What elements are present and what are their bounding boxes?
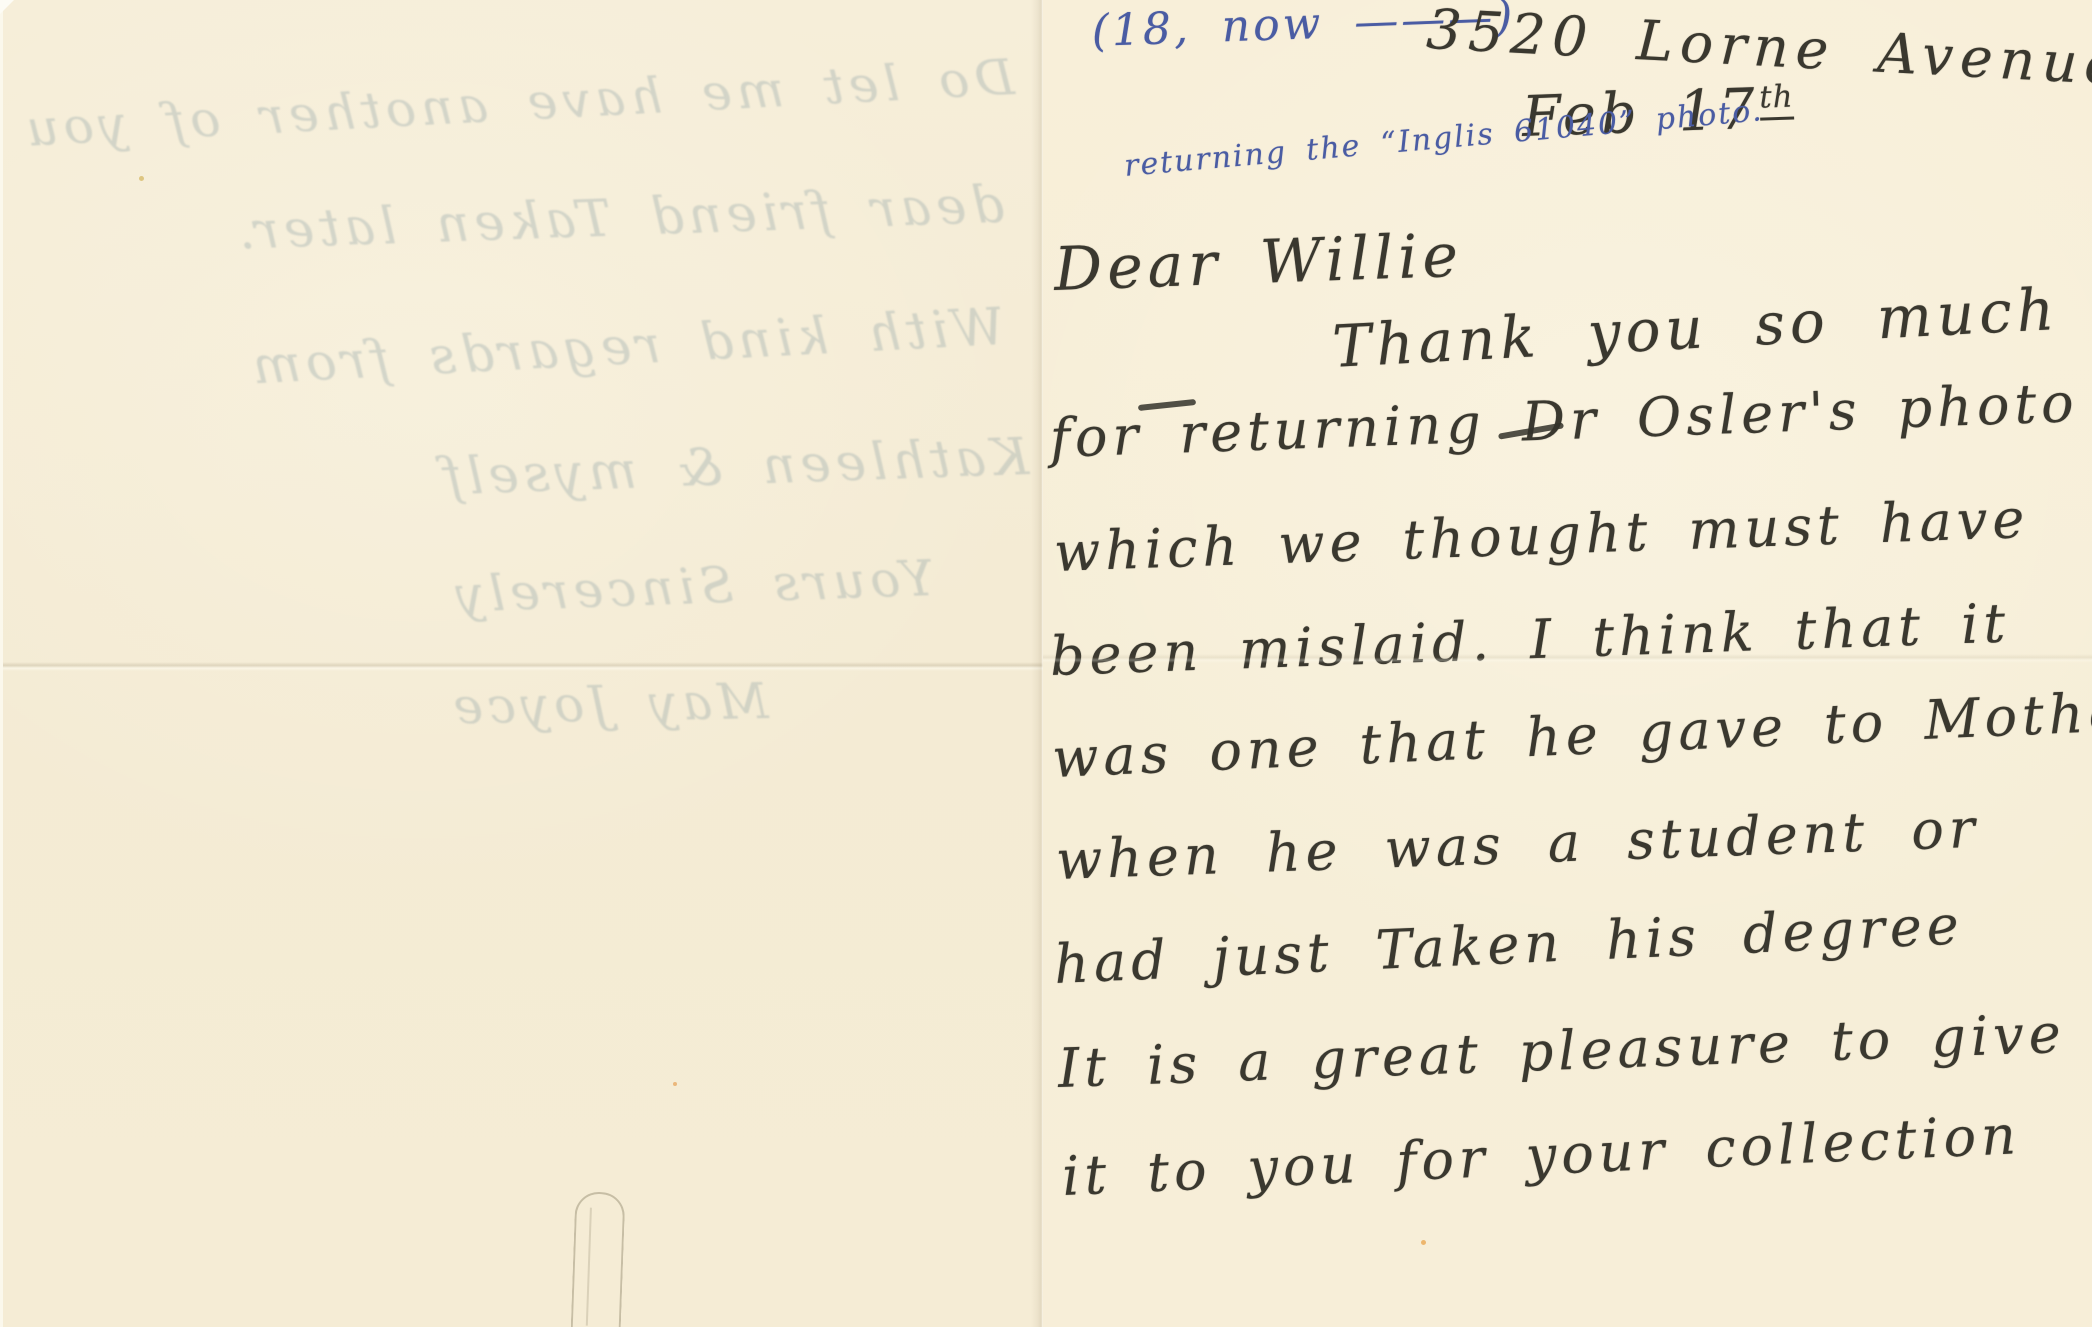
body-line: was one that he gave to Mother <box>1051 684 2092 786</box>
body-line: it to you for your collection <box>1061 1108 2022 1204</box>
paperclip-impression <box>571 1191 626 1327</box>
paper-speck <box>139 176 144 181</box>
body-line: been mislaid. I think that it <box>1049 596 2011 683</box>
corner-notch <box>0 0 14 14</box>
body-line: had just Taken his degree <box>1053 898 1965 992</box>
fold-crease-horizontal <box>0 662 1043 671</box>
bleedthrough-line: Yours Sincerely <box>450 553 935 620</box>
bleedthrough-line: dear friend Taken later. <box>233 180 1005 258</box>
letter-right-page: (18, now ———) 3520 Lorne Avenue Feb 17th… <box>1043 0 2092 1327</box>
letter-scan: Do let me have another of you dear frien… <box>0 0 2092 1327</box>
body-line: Thank you so much <box>1331 280 2060 376</box>
scan-edge <box>0 0 3 1327</box>
body-line: when he was a student or <box>1055 802 1980 888</box>
salutation: Dear Willie <box>1053 226 1464 300</box>
body-line: It is a great pleasure to give <box>1057 1007 2066 1096</box>
fold-crease-horizontal <box>1043 654 2092 663</box>
bleedthrough-line: Kathleen & myself <box>437 432 1029 504</box>
bleedthrough-line: May Joyce <box>448 676 769 732</box>
letter-left-page: Do let me have another of you dear frien… <box>0 0 1043 1327</box>
bleedthrough-line: Do let me have another of you <box>20 52 1015 154</box>
bleedthrough-line: With kind regards from <box>246 302 1005 393</box>
paper-speck <box>673 1082 677 1086</box>
date-suffix: th <box>1759 79 1795 121</box>
paper-speck <box>1421 1240 1426 1245</box>
body-line: for returning Dr Osler's photo <box>1049 376 2079 466</box>
body-line: which we thought must have <box>1053 492 2030 580</box>
